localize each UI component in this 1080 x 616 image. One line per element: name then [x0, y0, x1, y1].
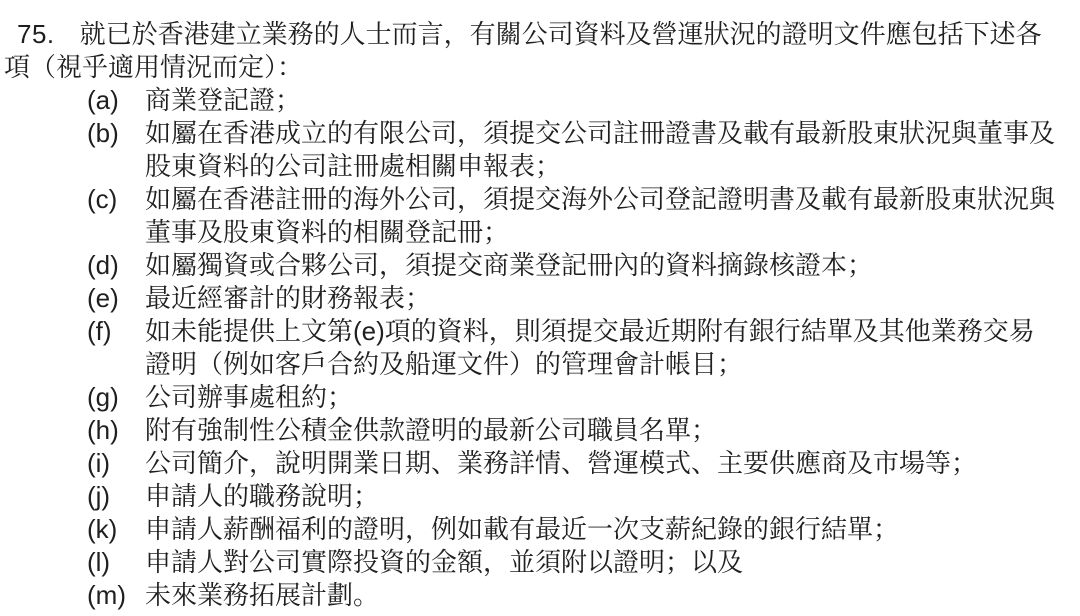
item-label: (m) — [87, 579, 145, 612]
item-label: (f) — [87, 315, 145, 348]
list-item-l: (l) 申請人對公司實際投資的金額，並須附以證明；以及 — [4, 546, 1074, 579]
list-item-g: (g) 公司辦事處租約； — [4, 381, 1074, 414]
item-text: 如未能提供上文第(e)項的資料，則須提交最近期附有銀行結單及其他業務交易 證明（… — [145, 315, 1074, 381]
requirement-list: (a) 商業登記證； (b) 如屬在香港成立的有限公司，須提交公司註冊證書及載有… — [4, 84, 1074, 612]
item-text: 未來業務拓展計劃。 — [145, 579, 1074, 612]
item-label: (l) — [87, 546, 145, 579]
item-label: (h) — [87, 414, 145, 447]
item-label: (j) — [87, 480, 145, 513]
document-page: 75.就已於香港建立業務的人士而言，有關公司資料及營運狀況的證明文件應包括下述各… — [0, 0, 1080, 616]
item-text: 如屬在香港註冊的海外公司，須提交海外公司登記證明書及載有最新股東狀況與 董事及股… — [145, 183, 1074, 249]
item-text: 附有強制性公積金供款證明的最新公司職員名單； — [145, 414, 1074, 447]
item-label: (b) — [87, 117, 145, 150]
paragraph-text: 就已於香港建立業務的人士而言，有關公司資料及營運狀況的證明文件應包括下述各 項（… — [4, 19, 1042, 82]
list-item-c: (c) 如屬在香港註冊的海外公司，須提交海外公司登記證明書及載有最新股東狀況與 … — [4, 183, 1074, 249]
item-text: 如屬在香港成立的有限公司，須提交公司註冊證書及載有最新股東狀況與董事及 股東資料… — [145, 117, 1074, 183]
item-text: 如屬獨資或合夥公司，須提交商業登記冊內的資料摘錄核證本； — [145, 249, 1074, 282]
list-item-e: (e) 最近經審計的財務報表； — [4, 282, 1074, 315]
item-label: (e) — [87, 282, 145, 315]
item-text: 公司辦事處租約； — [145, 381, 1074, 414]
item-text: 申請人對公司實際投資的金額，並須附以證明；以及 — [145, 546, 1074, 579]
item-text: 申請人的職務說明； — [145, 480, 1074, 513]
item-label: (i) — [87, 447, 145, 480]
list-item-d: (d) 如屬獨資或合夥公司，須提交商業登記冊內的資料摘錄核證本； — [4, 249, 1074, 282]
list-item-b: (b) 如屬在香港成立的有限公司，須提交公司註冊證書及載有最新股東狀況與董事及 … — [4, 117, 1074, 183]
list-item-i: (i) 公司簡介，說明開業日期、業務詳情、營運模式、主要供應商及市場等； — [4, 447, 1074, 480]
list-item-f: (f) 如未能提供上文第(e)項的資料，則須提交最近期附有銀行結單及其他業務交易… — [4, 315, 1074, 381]
list-item-h: (h) 附有強制性公積金供款證明的最新公司職員名單； — [4, 414, 1074, 447]
item-label: (g) — [87, 381, 145, 414]
item-label: (a) — [87, 84, 145, 117]
item-text: 商業登記證； — [145, 84, 1074, 117]
paragraph-75: 75.就已於香港建立業務的人士而言，有關公司資料及營運狀況的證明文件應包括下述各… — [4, 18, 1074, 84]
list-item-a: (a) 商業登記證； — [4, 84, 1074, 117]
item-text: 申請人薪酬福利的證明，例如載有最近一次支薪紀錄的銀行結單； — [145, 513, 1074, 546]
list-item-m: (m) 未來業務拓展計劃。 — [4, 579, 1074, 612]
item-label: (c) — [87, 183, 145, 216]
list-item-k: (k) 申請人薪酬福利的證明，例如載有最近一次支薪紀錄的銀行結單； — [4, 513, 1074, 546]
item-text: 最近經審計的財務報表； — [145, 282, 1074, 315]
item-label: (d) — [87, 249, 145, 282]
paragraph-number: 75. — [17, 19, 55, 49]
list-item-j: (j) 申請人的職務說明； — [4, 480, 1074, 513]
item-text: 公司簡介，說明開業日期、業務詳情、營運模式、主要供應商及市場等； — [145, 447, 1074, 480]
item-label: (k) — [87, 513, 145, 546]
